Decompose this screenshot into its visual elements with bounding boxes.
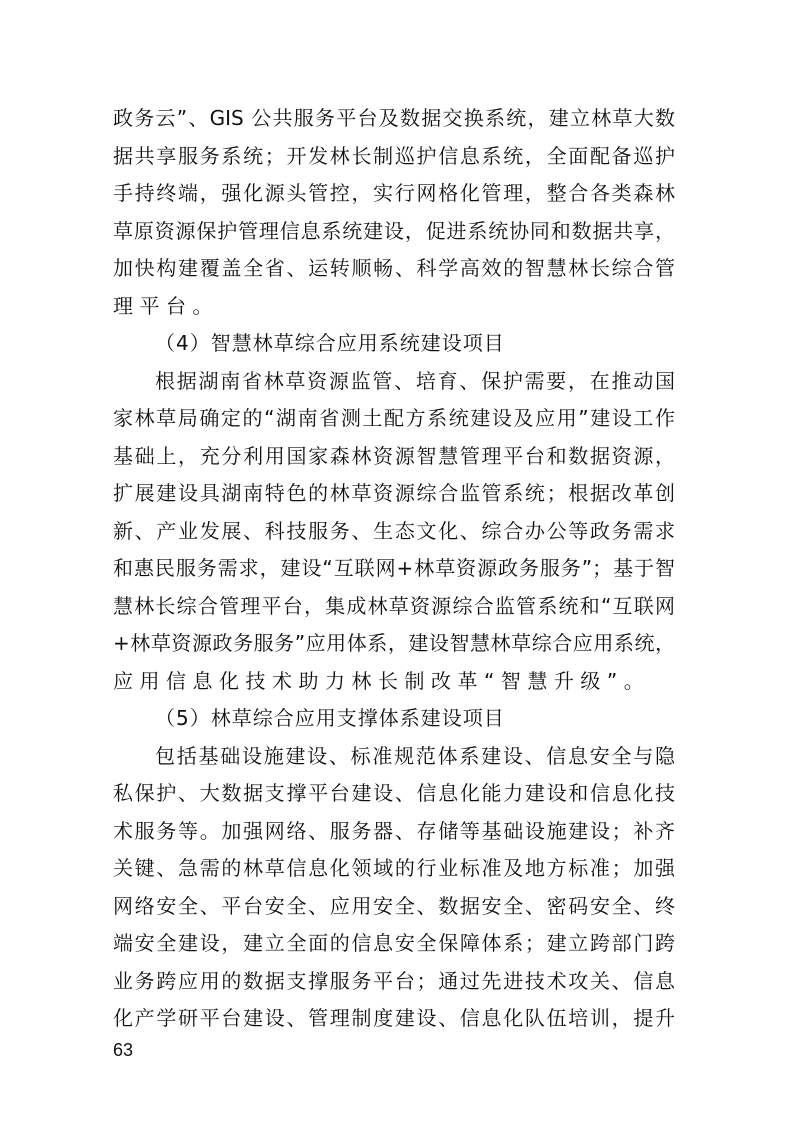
paragraph-line: 扩展建设具湖南特色的林草资源综合监管系统；根据改革创 <box>113 475 675 513</box>
paragraph-line: 根据湖南省林草资源监管、培育、保护需要，在推动国 <box>113 363 675 401</box>
paragraph-line: 政务云”、GIS 公共服务平台及数据交换系统，建立林草大数 <box>113 100 675 138</box>
paragraph-line: 加快构建覆盖全省、运转顺畅、科学高效的智慧林长综合管 <box>113 250 675 288</box>
paragraph-line: 网络安全、平台安全、应用安全、数据安全、密码安全、终 <box>113 888 675 926</box>
paragraph-line: 和惠民服务需求，建设“互联网+林草资源政务服务”；基于智 <box>113 550 675 588</box>
paragraph-line: 草原资源保护管理信息系统建设，促进系统协同和数据共享， <box>113 213 675 251</box>
paragraph-line: 关键、急需的林草信息化领域的行业标准及地方标准；加强 <box>113 850 675 888</box>
paragraph-line: +林草资源政务服务”应用体系，建设智慧林草综合应用系统， <box>113 625 675 663</box>
paragraph-line: 基础上，充分利用国家森林资源智慧管理平台和数据资源， <box>113 438 675 476</box>
document-page: 政务云”、GIS 公共服务平台及数据交换系统，建立林草大数 据共享服务系统；开发… <box>113 100 675 1038</box>
paragraph-line: 慧林长综合管理平台，集成林草资源综合监管系统和“互联网 <box>113 588 675 626</box>
section-heading-5: （5）林草综合应用支撑体系建设项目 <box>113 700 675 738</box>
paragraph-line: 家林草局确定的“湖南省测土配方系统建设及应用”建设工作 <box>113 400 675 438</box>
section-heading-4: （4）智慧林草综合应用系统建设项目 <box>113 325 675 363</box>
paragraph-line: 应用信息化技术助力林长制改革“智慧升级”。 <box>113 663 675 701</box>
paragraph-line: 私保护、大数据支撑平台建设、信息化能力建设和信息化技 <box>113 775 675 813</box>
paragraph-line: 术服务等。加强网络、服务器、存储等基础设施建设；补齐 <box>113 813 675 851</box>
paragraph-line: 包括基础设施建设、标准规范体系建设、信息安全与隐 <box>113 738 675 776</box>
paragraph-line: 新、产业发展、科技服务、生态文化、综合办公等政务需求 <box>113 513 675 551</box>
paragraph-line: 据共享服务系统；开发林长制巡护信息系统，全面配备巡护 <box>113 138 675 176</box>
paragraph-line: 端安全建设，建立全面的信息安全保障体系；建立跨部门跨 <box>113 925 675 963</box>
paragraph-line: 理平台。 <box>113 288 675 326</box>
paragraph-line: 手持终端，强化源头管控，实行网格化管理，整合各类森林 <box>113 175 675 213</box>
paragraph-line: 业务跨应用的数据支撑服务平台；通过先进技术攻关、信息 <box>113 963 675 1001</box>
paragraph-line: 化产学研平台建设、管理制度建设、信息化队伍培训，提升 <box>113 1000 675 1038</box>
page-number: 63 <box>113 1040 133 1061</box>
